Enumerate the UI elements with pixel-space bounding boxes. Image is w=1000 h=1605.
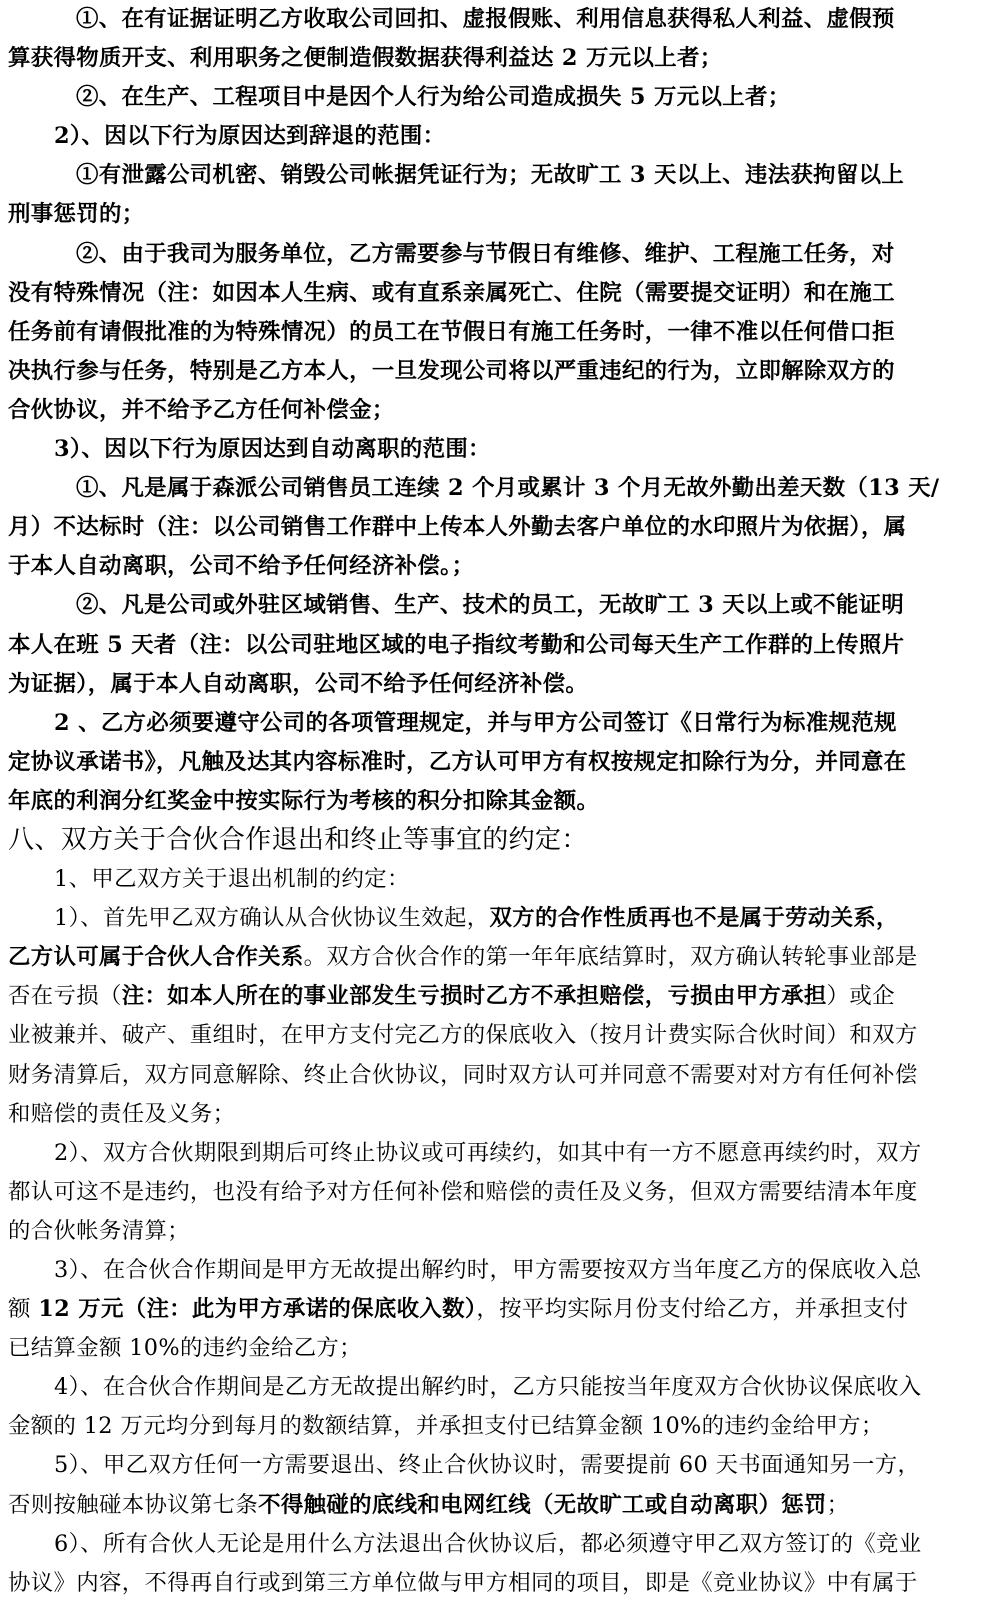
clause-heading: 2）、因以下行为原因达到辞退的范围： — [8, 117, 992, 156]
clause-line: 1）、首先甲乙双方确认从合伙协议生效起，双方的合作性质再也不是属于劳动关系， — [8, 899, 992, 938]
emphasis-text: 注：如本人所在的事业部发生亏损时乙方不承担赔偿，亏损由甲方承担 — [122, 983, 827, 1009]
clause-heading: 3）、因以下行为原因达到自动离职的范围： — [8, 430, 992, 469]
clause-line: 合伙协议，并不给予乙方任何补偿金； — [8, 391, 992, 430]
exit-mechanism-clauses: 1）、首先甲乙双方确认从合伙协议生效起，双方的合作性质再也不是属于劳动关系， 乙… — [8, 899, 992, 1603]
text-run: 否则按触碰本协议第七条 — [8, 1492, 258, 1518]
clause-line: 定协议承诺书》，凡触及达其内容标准时，乙方认可甲方有权按规定扣除行为分，并同意在 — [8, 743, 992, 782]
clause-line: 和赔偿的责任及义务； — [8, 1095, 992, 1134]
emphasis-text: 乙方认可属于合伙人合作关系 — [8, 944, 304, 970]
clause-line: 否则按触碰本协议第七条不得触碰的底线和电网红线（无故旷工或自动离职）惩罚； — [8, 1486, 992, 1525]
section-heading: 八、双方关于合伙合作退出和终止等事宜的约定： — [8, 821, 992, 860]
clause-line: 决执行参与任务，特别是乙方本人，一旦发现公司将以严重违纪的行为，立即解除双方的 — [8, 352, 992, 391]
clause-line: 月）不达标时（注：以公司销售工作群中上传本人外勤去客户单位的水印照片为依据），属 — [8, 508, 992, 547]
clause-line: 没有特殊情况（注：如因本人生病、或有直系亲属死亡、住院（需要提交证明）和在施工 — [8, 274, 992, 313]
clause-line: 额 12 万元（注：此为甲方承诺的保底收入数），按平均实际月份支付给乙方，并承担… — [8, 1290, 992, 1329]
text-run: 额 — [8, 1296, 38, 1322]
text-run: ，按平均实际月份支付给乙方，并承担支付 — [476, 1296, 908, 1322]
document-page: ①、在有证据证明乙方收取公司回扣、虚报假账、利用信息获得私人利益、虚假预 算获得… — [0, 0, 1000, 1603]
clause-line: 财务清算后，双方同意解除、终止合伙协议，同时双方认可并同意不需要对对方有任何补偿 — [8, 1056, 992, 1095]
text-run: 否在亏损（ — [8, 983, 122, 1009]
text-run: ）或企 — [827, 983, 895, 1009]
clause-line: 为证据），属于本人自动离职，公司不给予任何经济补偿。 — [8, 665, 992, 704]
clause-line: 3）、在合伙合作期间是甲方无故提出解约时，甲方需要按双方当年度乙方的保底收入总 — [8, 1251, 992, 1290]
text-run: 。双方合伙合作的第一年年底结算时，双方确认转轮事业部是 — [304, 944, 918, 970]
clause-line: 的合伙帐务清算； — [8, 1212, 992, 1251]
subsection-heading: 1、甲乙双方关于退出机制的约定： — [8, 860, 992, 899]
clause-line: 算获得物质开支、利用职务之便制造假数据获得利益达 2 万元以上者； — [8, 39, 992, 78]
clause-line: 任务前有请假批准的为特殊情况）的员工在节假日有施工任务时，一律不准以任何借口拒 — [8, 313, 992, 352]
text-run: ； — [827, 1492, 850, 1518]
clause-line: 本人在班 5 天者（注：以公司驻地区域的电子指纹考勤和公司每天生产工作群的上传照… — [8, 626, 992, 665]
clause-line: 都认可这不是违约，也没有给予对方任何补偿和赔偿的责任及义务，但双方需要结清本年度 — [8, 1173, 992, 1212]
clause-line: ②、凡是公司或外驻区域销售、生产、技术的员工，无故旷工 3 天以上或不能证明 — [8, 586, 992, 625]
clause-line: 年底的利润分红奖金中按实际行为考核的积分扣除其金额。 — [8, 782, 992, 821]
clause-line: 业被兼并、破产、重组时，在甲方支付完乙方的保底收入（按月计费实际合伙时间）和双方 — [8, 1016, 992, 1055]
clause-line: 于本人自动离职，公司不给予任何经济补偿。； — [8, 547, 992, 586]
emphasis-text: 12 万元（注：此为甲方承诺的保底收入数） — [38, 1296, 476, 1322]
clause-line: ①有泄露公司机密、销毁公司帐据凭证行为；无故旷工 3 天以上、违法获拘留以上 — [8, 156, 992, 195]
clause-line: ①、在有证据证明乙方收取公司回扣、虚报假账、利用信息获得私人利益、虚假预 — [8, 0, 992, 39]
clause-line: 6）、所有合伙人无论是用什么方法退出合伙协议后，都必须遵守甲乙双方签订的《竞业 — [8, 1525, 992, 1564]
clause-line: 金额的 12 万元均分到每月的数额结算，并承担支付已结算金额 10%的违约金给甲… — [8, 1407, 992, 1446]
clause-line: 已结算金额 10%的违约金给乙方； — [8, 1329, 992, 1368]
clause-line: ②、由于我司为服务单位，乙方需要参与节假日有维修、维护、工程施工任务，对 — [8, 235, 992, 274]
clause-line: 2 、乙方必须要遵守公司的各项管理规定，并与甲方公司签订《日常行为标准规范规 — [8, 704, 992, 743]
clause-line: 5）、甲乙双方任何一方需要退出、终止合伙协议时，需要提前 60 天书面通知另一方… — [8, 1446, 992, 1485]
text-run: 1）、首先甲乙双方确认从合伙协议生效起， — [54, 905, 489, 931]
clause-line: 2）、双方合伙期限到期后可终止协议或可再续约，如其中有一方不愿意再续约时，双方 — [8, 1134, 992, 1173]
clause-line: ②、在生产、工程项目中是因个人行为给公司造成损失 5 万元以上者； — [8, 78, 992, 117]
clause-line: ①、凡是属于森派公司销售员工连续 2 个月或累计 3 个月无故外勤出差天数（13… — [8, 469, 992, 508]
section-7-continuation: ①、在有证据证明乙方收取公司回扣、虚报假账、利用信息获得私人利益、虚假预 算获得… — [8, 0, 992, 821]
clause-line: 乙方认可属于合伙人合作关系。双方合伙合作的第一年年底结算时，双方确认转轮事业部是 — [8, 938, 992, 977]
clause-line: 4）、在合伙合作期间是乙方无故提出解约时，乙方只能按当年度双方合伙协议保底收入 — [8, 1368, 992, 1407]
clause-line: 协议》内容，不得再自行或到第三方单位做与甲方相同的项目，即是《竞业协议》中有属于 — [8, 1564, 992, 1603]
emphasis-text: 不得触碰的底线和电网红线（无故旷工或自动离职）惩罚 — [258, 1492, 827, 1518]
emphasis-text: 双方的合作性质再也不是属于劳动关系， — [489, 905, 898, 931]
clause-line: 否在亏损（注：如本人所在的事业部发生亏损时乙方不承担赔偿，亏损由甲方承担）或企 — [8, 977, 992, 1016]
clause-line: 刑事惩罚的； — [8, 195, 992, 234]
